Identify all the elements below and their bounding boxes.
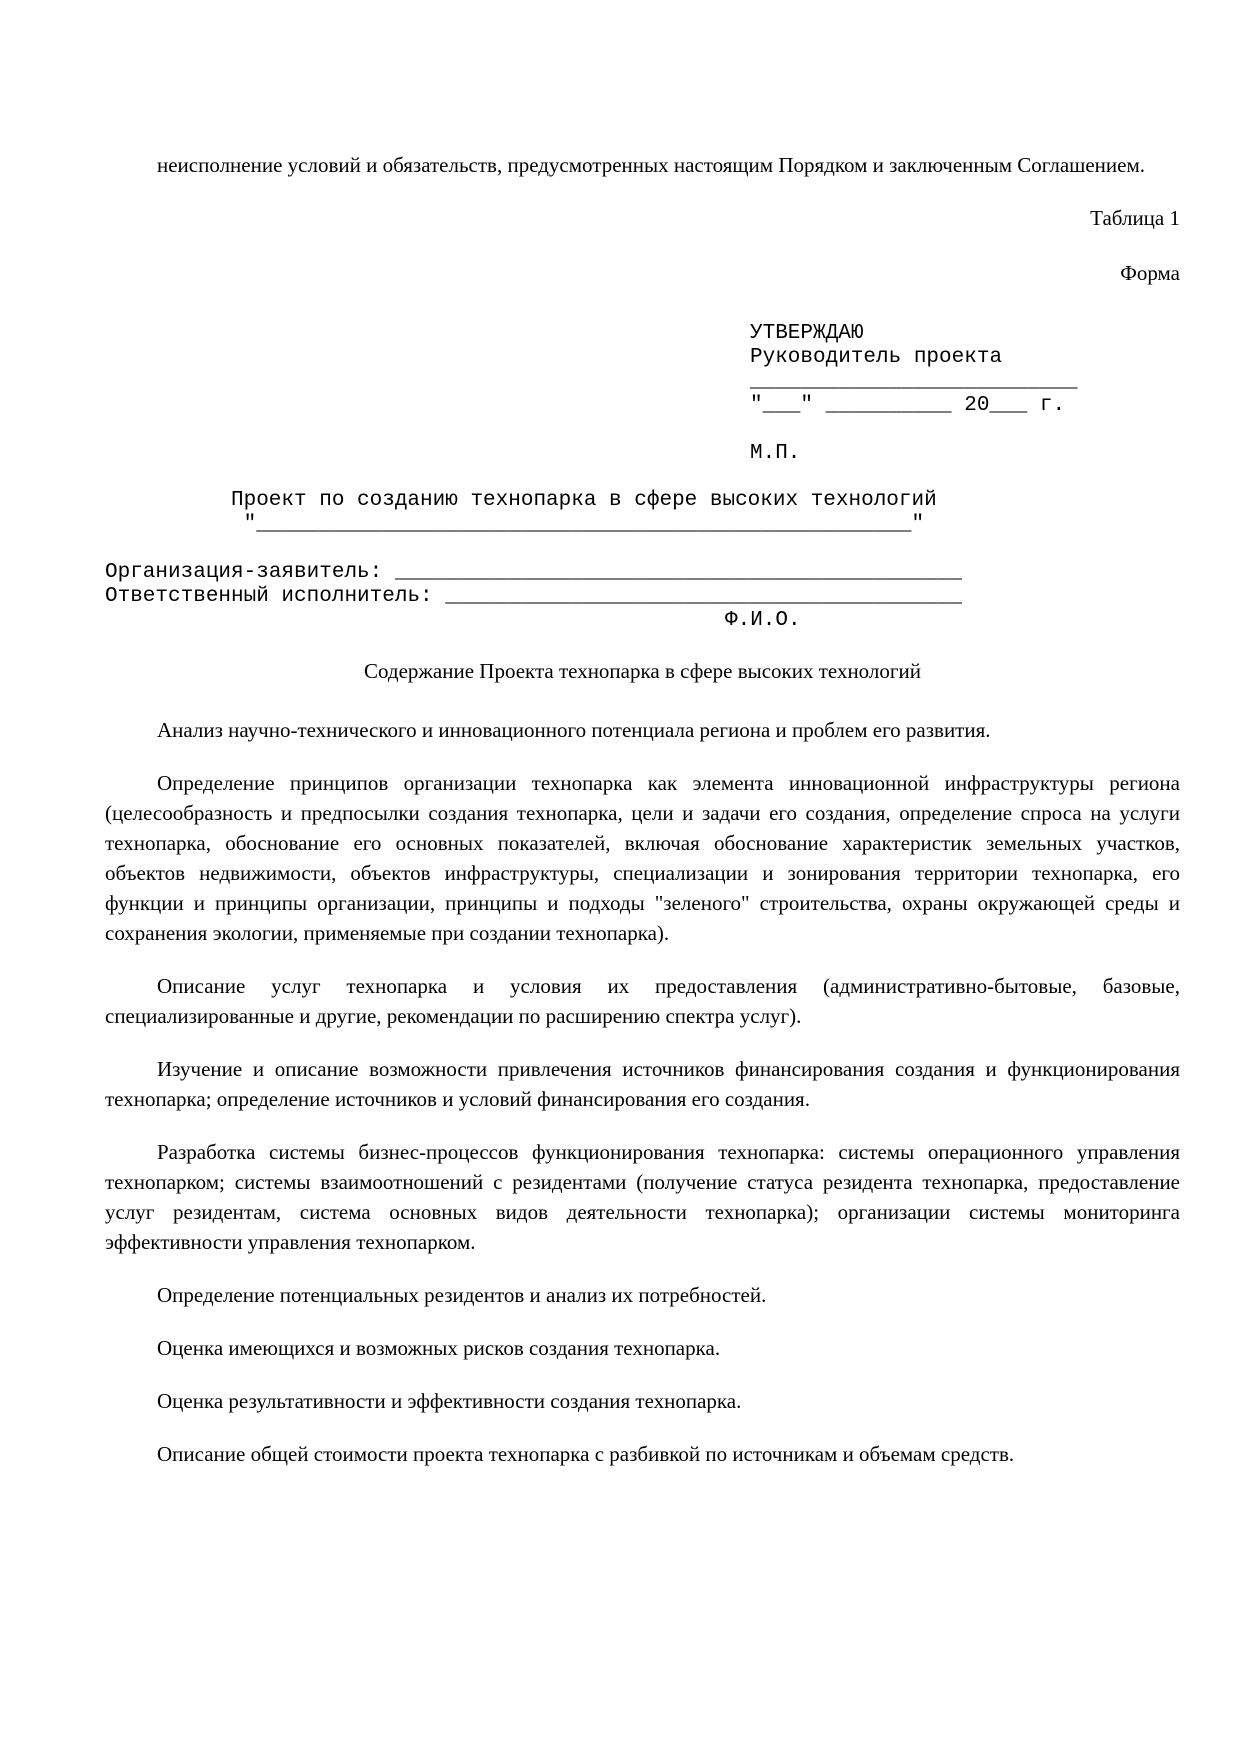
approval-spacer	[750, 418, 1180, 442]
applicant-organization-line: Организация-заявитель: _________________…	[105, 561, 1180, 585]
content-paragraph: Разработка системы бизнес-процессов функ…	[105, 1137, 1180, 1257]
content-paragraph: Изучение и описание возможности привлече…	[105, 1054, 1180, 1114]
approval-date-line: "___" __________ 20___ г.	[750, 394, 1180, 418]
approval-role-line: Руководитель проекта	[750, 346, 1180, 370]
content-paragraph: Описание услуг технопарка и условия их п…	[105, 971, 1180, 1031]
form-caption: Форма	[105, 258, 1180, 288]
intro-paragraph: неисполнение условий и обязательств, пре…	[105, 150, 1180, 180]
table-caption: Таблица 1	[105, 203, 1180, 233]
document-page: неисполнение условий и обязательств, пре…	[0, 0, 1240, 1754]
content-section-heading: Содержание Проекта технопарка в сфере вы…	[105, 656, 1180, 686]
approval-signature-line: __________________________	[750, 370, 1180, 394]
project-title-blank-line: "_______________________________________…	[231, 513, 1180, 537]
approval-approve-line: УТВЕРЖДАЮ	[750, 322, 1180, 346]
content-paragraph: Описание общей стоимости проекта технопа…	[105, 1439, 1180, 1469]
project-title-line: Проект по созданию технопарка в сфере вы…	[231, 489, 1180, 513]
project-title-block: Проект по созданию технопарка в сфере вы…	[231, 489, 1180, 537]
content-paragraph: Анализ научно-технического и инновационн…	[105, 715, 1180, 745]
content-paragraph: Оценка результативности и эффективности …	[105, 1386, 1180, 1416]
approval-block: УТВЕРЖДАЮ Руководитель проекта _________…	[750, 322, 1180, 466]
applicant-block: Организация-заявитель: _________________…	[105, 561, 1180, 633]
content-paragraph: Определение принципов организации техноп…	[105, 768, 1180, 948]
applicant-executor-line: Ответственный исполнитель: _____________…	[105, 585, 1180, 609]
approval-seal-line: М.П.	[750, 442, 1180, 466]
content-paragraph: Определение потенциальных резидентов и а…	[105, 1280, 1180, 1310]
content-paragraph: Оценка имеющихся и возможных рисков созд…	[105, 1333, 1180, 1363]
applicant-fio-label: Ф.И.О.	[725, 609, 1180, 633]
